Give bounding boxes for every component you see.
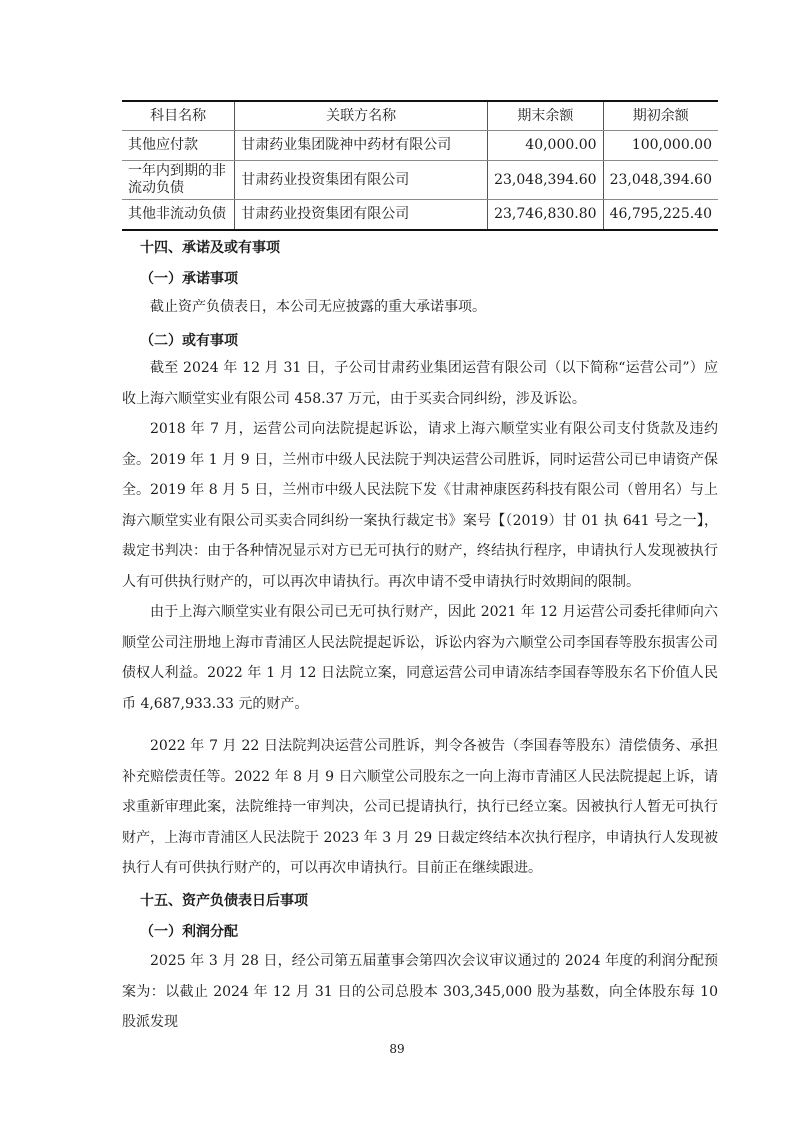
contingency-paragraph-3: 由于上海六顺堂实业有限公司已无可执行财产，因此 2021 年 12 月运营公司委…: [122, 597, 718, 719]
cell-end-balance: 40,000.00: [488, 131, 603, 161]
header-begin-balance: 期初余额: [603, 101, 718, 131]
section-14-sub1-text: 截止资产负债表日，本公司无应披露的重大承诺事项。: [122, 292, 718, 323]
cell-end-balance: 23,048,394.60: [488, 161, 603, 200]
table-row: 其他应付款 甘肃药业集团陇神中药材有限公司 40,000.00 100,000.…: [122, 131, 718, 161]
cell-party: 甘肃药业投资集团有限公司: [235, 200, 488, 231]
cell-item: 一年内到期的非流动负债: [122, 161, 235, 200]
section-14-sub2-heading: （二）或有事项: [140, 330, 238, 350]
header-end-balance: 期末余额: [488, 101, 603, 131]
header-item-name: 科目名称: [122, 101, 235, 131]
section-14-heading: 十四、承诺及或有事项: [140, 237, 280, 257]
contingency-paragraph-4: 2022 年 7 月 22 日法院判决运营公司胜诉，判令各被告（李国春等股东）清…: [122, 731, 718, 884]
section-15-sub1-heading: （一）利润分配: [140, 921, 238, 941]
cell-party: 甘肃药业投资集团有限公司: [235, 161, 488, 200]
contingency-paragraph-1: 截至 2024 年 12 月 31 日，子公司甘肃药业集团运营有限公司（以下简称…: [122, 353, 718, 414]
header-related-party: 关联方名称: [235, 101, 488, 131]
cell-end-balance: 23,746,830.80: [488, 200, 603, 231]
related-party-balances-table: 科目名称 关联方名称 期末余额 期初余额 其他应付款 甘肃药业集团陇神中药材有限…: [122, 100, 718, 231]
page-number: 89: [0, 1042, 794, 1056]
table-header-row: 科目名称 关联方名称 期末余额 期初余额: [122, 101, 718, 131]
cell-party: 甘肃药业集团陇神中药材有限公司: [235, 131, 488, 161]
section-14-sub1-heading: （一）承诺事项: [140, 268, 238, 288]
cell-item: 其他应付款: [122, 131, 235, 161]
cell-begin-balance: 100,000.00: [603, 131, 718, 161]
contingency-paragraph-2: 2018 年 7 月，运营公司向法院提起诉讼，请求上海六顺堂实业有限公司支付货款…: [122, 414, 718, 597]
document-page: 科目名称 关联方名称 期末余额 期初余额 其他应付款 甘肃药业集团陇神中药材有限…: [0, 0, 794, 1122]
cell-begin-balance: 23,048,394.60: [603, 161, 718, 200]
cell-begin-balance: 46,795,225.40: [603, 200, 718, 231]
section-15-heading: 十五、资产负债表日后事项: [140, 890, 308, 910]
table-row: 一年内到期的非流动负债 甘肃药业投资集团有限公司 23,048,394.60 2…: [122, 161, 718, 200]
cell-item: 其他非流动负债: [122, 200, 235, 231]
profit-distribution-text: 2025 年 3 月 28 日，经公司第五届董事会第四次会议审议通过的 2024…: [122, 946, 718, 1038]
table-row: 其他非流动负债 甘肃药业投资集团有限公司 23,746,830.80 46,79…: [122, 200, 718, 231]
